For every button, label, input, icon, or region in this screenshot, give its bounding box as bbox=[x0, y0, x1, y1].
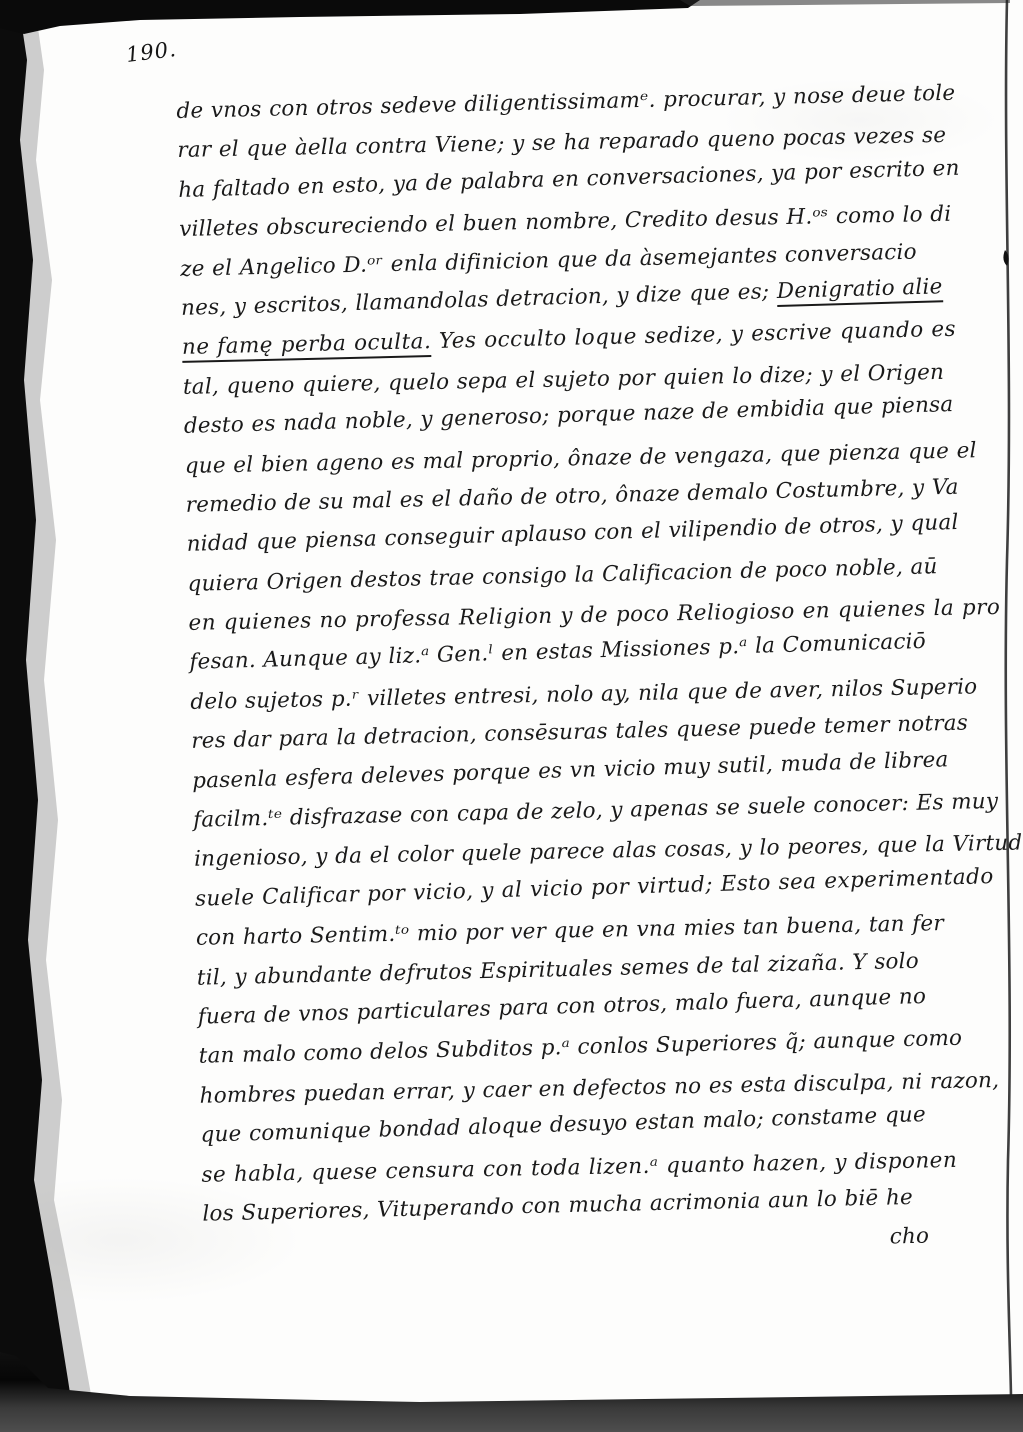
line-text: que el bien ageno es mal proprio, ônaze … bbox=[185, 438, 977, 479]
right-edge-blob bbox=[1003, 250, 1008, 266]
binding-halo bbox=[0, 0, 98, 1432]
bottom-band bbox=[0, 1352, 1023, 1432]
line-text: villetes obscureciendo el buen nombre, C… bbox=[179, 202, 952, 242]
latin-quote-underlined: ne famę perba oculta. bbox=[182, 329, 432, 363]
folio-number: 190. bbox=[125, 37, 178, 67]
binding-strip bbox=[0, 0, 76, 1432]
line-text: se habla, quese censura con toda lizen.ᵃ… bbox=[201, 1147, 957, 1187]
latin-quote-underlined: Denigratio alie bbox=[777, 274, 943, 307]
manuscript-page-scan: 190. de vnos con otros sedeve diligentis… bbox=[0, 0, 1023, 1432]
line-text: Yes occulto loque sedize, y escrive quan… bbox=[431, 317, 956, 354]
manuscript-lines: de vnos con otros sedeve diligentissimam… bbox=[176, 74, 951, 1234]
manuscript-text-block: de vnos con otros sedeve diligentissimam… bbox=[176, 74, 952, 1273]
line-text: delo sujetos p.ʳ villetes entresi, nolo … bbox=[190, 674, 977, 715]
line-text: con harto Sentim.ᵗᵒ mio por ver que en v… bbox=[196, 911, 944, 951]
right-edge-line bbox=[1006, 0, 1011, 1396]
top-streak-fade bbox=[680, 0, 1010, 6]
top-streak bbox=[0, 0, 700, 34]
